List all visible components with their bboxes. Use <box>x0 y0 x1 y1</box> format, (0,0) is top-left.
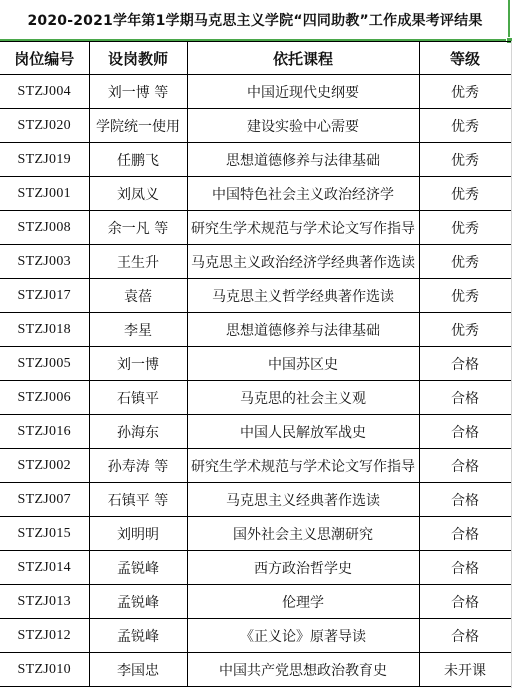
cell-teacher[interactable]: 学院统一使用 <box>89 109 187 143</box>
results-table: 岗位编号 设岗教师 依托课程 等级 STZJ004刘一博 等中国近现代史纲要优秀… <box>0 41 512 687</box>
cell-teacher[interactable]: 孙寿涛 等 <box>89 449 187 483</box>
cell-grade[interactable]: 合格 <box>419 381 511 415</box>
cell-course[interactable]: 中国人民解放军战史 <box>187 415 419 449</box>
cell-course[interactable]: 中国特色社会主义政治经济学 <box>187 177 419 211</box>
cell-post-code[interactable]: STZJ006 <box>0 381 89 415</box>
cell-grade[interactable]: 合格 <box>419 449 511 483</box>
cell-teacher[interactable]: 刘凤义 <box>89 177 187 211</box>
table-row: STZJ001刘凤义中国特色社会主义政治经济学优秀 <box>0 177 511 211</box>
cell-post-code[interactable]: STZJ015 <box>0 517 89 551</box>
header-row: 岗位编号 设岗教师 依托课程 等级 <box>0 42 511 75</box>
cell-post-code[interactable]: STZJ012 <box>0 619 89 653</box>
cell-grade[interactable]: 优秀 <box>419 245 511 279</box>
cell-post-code[interactable]: STZJ008 <box>0 211 89 245</box>
cell-teacher[interactable]: 孟锐峰 <box>89 585 187 619</box>
cell-post-code[interactable]: STZJ005 <box>0 347 89 381</box>
cell-grade[interactable]: 合格 <box>419 619 511 653</box>
cell-post-code[interactable]: STZJ018 <box>0 313 89 347</box>
cell-post-code[interactable]: STZJ019 <box>0 143 89 177</box>
cell-grade[interactable]: 优秀 <box>419 313 511 347</box>
table-row: STZJ012孟锐峰《正义论》原著导读合格 <box>0 619 511 653</box>
cell-grade[interactable]: 合格 <box>419 415 511 449</box>
cell-course[interactable]: 《正义论》原著导读 <box>187 619 419 653</box>
header-teacher[interactable]: 设岗教师 <box>89 42 187 75</box>
title-cell[interactable]: 2020-2021学年第1学期马克思主义学院“四同助教”工作成果考评结果 <box>0 0 510 40</box>
cell-teacher[interactable]: 刘明明 <box>89 517 187 551</box>
cell-teacher[interactable]: 孟锐峰 <box>89 619 187 653</box>
cell-course[interactable]: 思想道德修养与法律基础 <box>187 143 419 177</box>
table-row: STZJ016孙海东中国人民解放军战史合格 <box>0 415 511 449</box>
cell-course[interactable]: 研究生学术规范与学术论文写作指导 <box>187 449 419 483</box>
gridline <box>511 41 512 688</box>
table-row: STZJ003王生升马克思主义政治经济学经典著作选读优秀 <box>0 245 511 279</box>
cell-teacher[interactable]: 刘一博 <box>89 347 187 381</box>
cell-post-code[interactable]: STZJ010 <box>0 653 89 687</box>
cell-teacher[interactable]: 孙海东 <box>89 415 187 449</box>
table-row: STZJ010李国忠中国共产党思想政治教育史未开课 <box>0 653 511 687</box>
cell-teacher[interactable]: 李星 <box>89 313 187 347</box>
cell-course[interactable]: 伦理学 <box>187 585 419 619</box>
cell-course[interactable]: 国外社会主义思潮研究 <box>187 517 419 551</box>
cell-teacher[interactable]: 王生升 <box>89 245 187 279</box>
cell-post-code[interactable]: STZJ004 <box>0 75 89 109</box>
cell-grade[interactable]: 优秀 <box>419 75 511 109</box>
table-row: STZJ019任鹏飞思想道德修养与法律基础优秀 <box>0 143 511 177</box>
table-row: STZJ002孙寿涛 等研究生学术规范与学术论文写作指导合格 <box>0 449 511 483</box>
cell-course[interactable]: 马克思主义哲学经典著作选读 <box>187 279 419 313</box>
cell-teacher[interactable]: 李国忠 <box>89 653 187 687</box>
header-post-code[interactable]: 岗位编号 <box>0 42 89 75</box>
table-row: STZJ020学院统一使用建设实验中心需要优秀 <box>0 109 511 143</box>
cell-course[interactable]: 建设实验中心需要 <box>187 109 419 143</box>
header-grade[interactable]: 等级 <box>419 42 511 75</box>
cell-course[interactable]: 中国共产党思想政治教育史 <box>187 653 419 687</box>
cell-teacher[interactable]: 孟锐峰 <box>89 551 187 585</box>
cell-post-code[interactable]: STZJ001 <box>0 177 89 211</box>
cell-course[interactable]: 中国苏区史 <box>187 347 419 381</box>
cell-course[interactable]: 马克思的社会主义观 <box>187 381 419 415</box>
table-row: STZJ017袁蓓马克思主义哲学经典著作选读优秀 <box>0 279 511 313</box>
cell-grade[interactable]: 未开课 <box>419 653 511 687</box>
cell-post-code[interactable]: STZJ013 <box>0 585 89 619</box>
cell-grade[interactable]: 合格 <box>419 585 511 619</box>
selection-border-right <box>508 0 510 41</box>
cell-course[interactable]: 马克思主义经典著作选读 <box>187 483 419 517</box>
table-row: STZJ005刘一博中国苏区史合格 <box>0 347 511 381</box>
table-row: STZJ007石镇平 等马克思主义经典著作选读合格 <box>0 483 511 517</box>
spreadsheet: 2020-2021学年第1学期马克思主义学院“四同助教”工作成果考评结果 岗位编… <box>0 0 513 688</box>
cell-teacher[interactable]: 袁蓓 <box>89 279 187 313</box>
table-row: STZJ015刘明明国外社会主义思潮研究合格 <box>0 517 511 551</box>
cell-post-code[interactable]: STZJ002 <box>0 449 89 483</box>
cell-course[interactable]: 马克思主义政治经济学经典著作选读 <box>187 245 419 279</box>
cell-grade[interactable]: 合格 <box>419 483 511 517</box>
cell-teacher[interactable]: 刘一博 等 <box>89 75 187 109</box>
cell-post-code[interactable]: STZJ007 <box>0 483 89 517</box>
cell-post-code[interactable]: STZJ020 <box>0 109 89 143</box>
cell-grade[interactable]: 优秀 <box>419 143 511 177</box>
cell-teacher[interactable]: 任鹏飞 <box>89 143 187 177</box>
cell-grade[interactable]: 优秀 <box>419 211 511 245</box>
cell-teacher[interactable]: 余一凡 等 <box>89 211 187 245</box>
cell-course[interactable]: 西方政治哲学史 <box>187 551 419 585</box>
sheet-title: 2020-2021学年第1学期马克思主义学院“四同助教”工作成果考评结果 <box>27 10 482 30</box>
header-course[interactable]: 依托课程 <box>187 42 419 75</box>
table-row: STZJ008余一凡 等研究生学术规范与学术论文写作指导优秀 <box>0 211 511 245</box>
cell-grade[interactable]: 合格 <box>419 551 511 585</box>
table-row: STZJ013孟锐峰伦理学合格 <box>0 585 511 619</box>
cell-post-code[interactable]: STZJ014 <box>0 551 89 585</box>
cell-grade[interactable]: 优秀 <box>419 109 511 143</box>
cell-course[interactable]: 思想道德修养与法律基础 <box>187 313 419 347</box>
cell-teacher[interactable]: 石镇平 <box>89 381 187 415</box>
cell-grade[interactable]: 优秀 <box>419 177 511 211</box>
cell-course[interactable]: 中国近现代史纲要 <box>187 75 419 109</box>
cell-grade[interactable]: 合格 <box>419 517 511 551</box>
cell-course[interactable]: 研究生学术规范与学术论文写作指导 <box>187 211 419 245</box>
cell-post-code[interactable]: STZJ017 <box>0 279 89 313</box>
cell-post-code[interactable]: STZJ003 <box>0 245 89 279</box>
table-row: STZJ014孟锐峰西方政治哲学史合格 <box>0 551 511 585</box>
cell-grade[interactable]: 优秀 <box>419 279 511 313</box>
cell-post-code[interactable]: STZJ016 <box>0 415 89 449</box>
table-row: STZJ004刘一博 等中国近现代史纲要优秀 <box>0 75 511 109</box>
table-row: STZJ018李星思想道德修养与法律基础优秀 <box>0 313 511 347</box>
table-row: STZJ006石镇平马克思的社会主义观合格 <box>0 381 511 415</box>
cell-grade[interactable]: 合格 <box>419 347 511 381</box>
cell-teacher[interactable]: 石镇平 等 <box>89 483 187 517</box>
